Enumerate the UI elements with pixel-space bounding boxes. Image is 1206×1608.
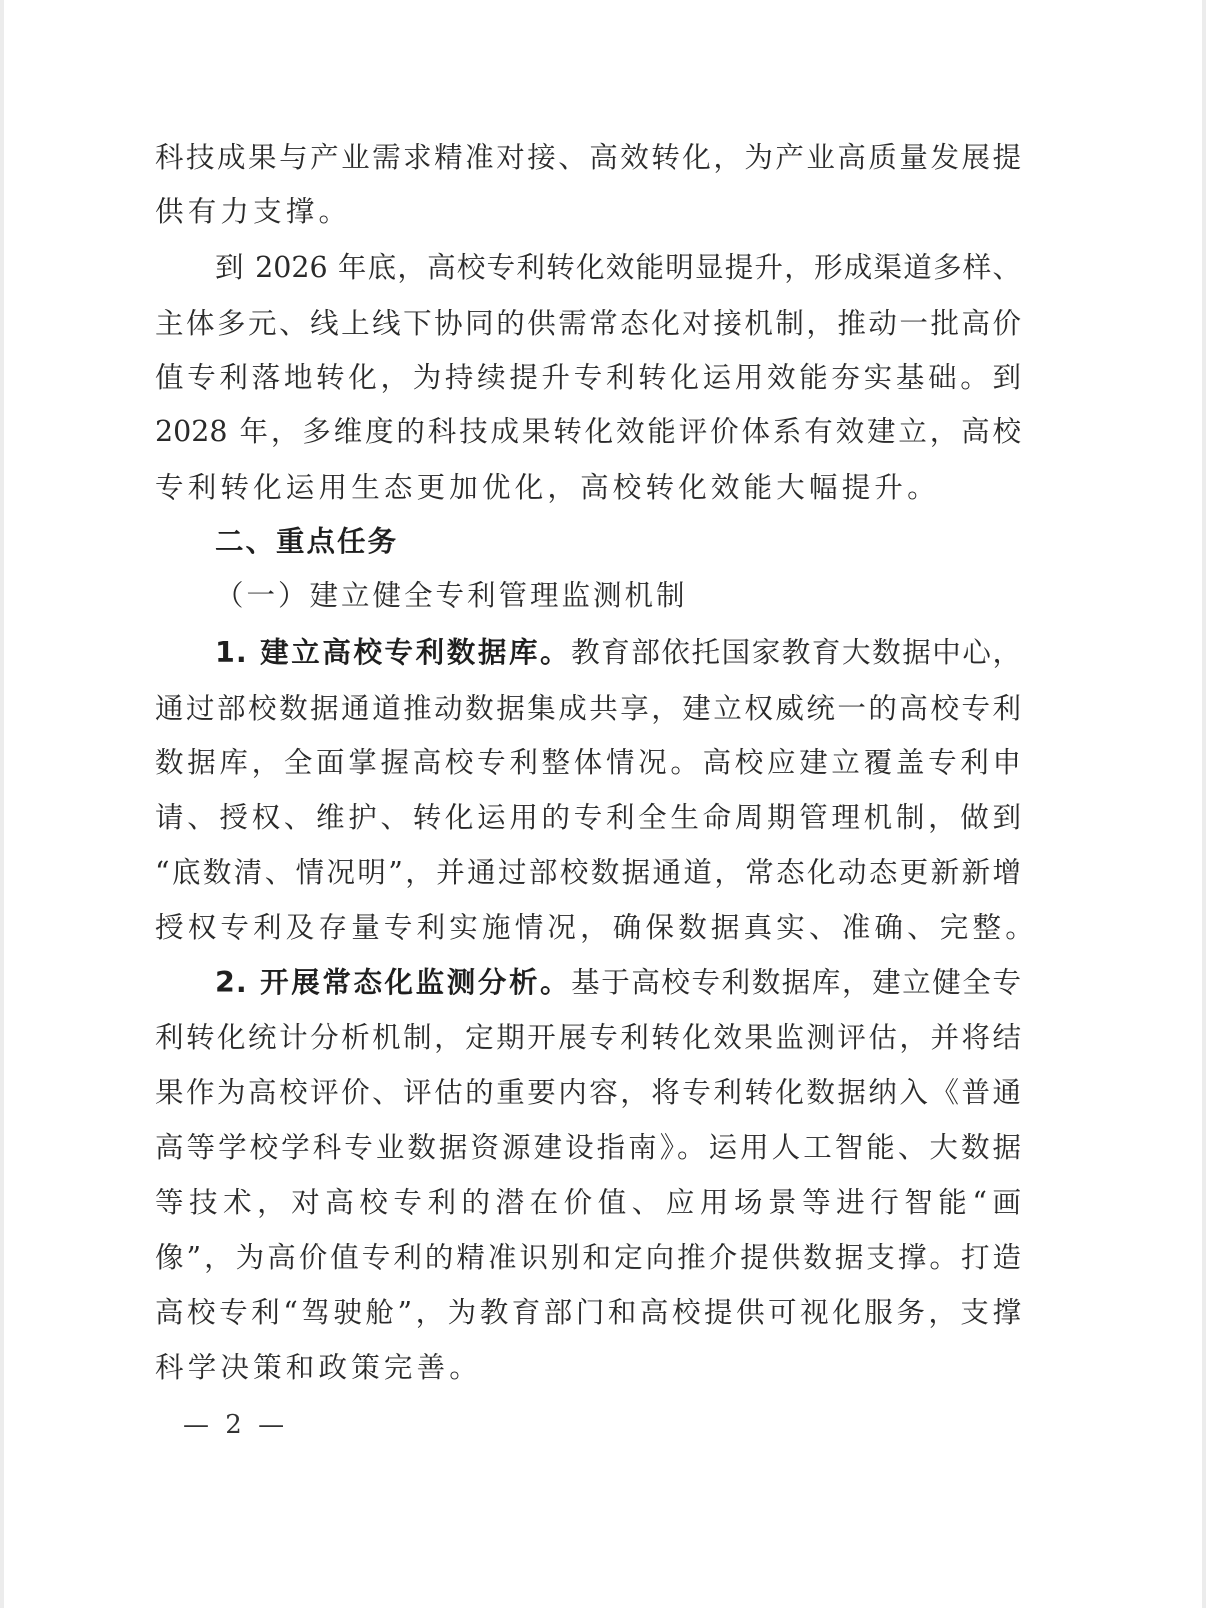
item-2-title: 2. 开展常态化监测分析。 (215, 966, 571, 999)
item-2-text: 基于高校专利数据库，建立健全专 (571, 966, 1021, 999)
paragraph-line: 2028 年，多维度的科技成果转化效能评价体系有效建立，高校 (155, 404, 1021, 460)
paragraph-line: 供有力支撑。 (155, 184, 351, 240)
paragraph-line: 高校专利“驾驶舱”，为教育部门和高校提供可视化服务，支撑 (155, 1285, 1021, 1341)
paragraph-line: 请、授权、维护、转化运用的专利全生命周期管理机制，做到 (155, 790, 1021, 846)
item-1-text: 教育部依托国家教育大数据中心， (571, 636, 1021, 669)
paragraph-line: 等技术，对高校专利的潜在价值、应用场景等进行智能“画 (155, 1175, 1021, 1231)
paragraph-line: 数据库，全面掌握高校专利整体情况。高校应建立覆盖专利申 (155, 735, 1021, 791)
scan-edge-left (0, 0, 4, 1608)
paragraph-line: 高等学校学科专业数据资源建设指南》。运用人工智能、大数据 (155, 1120, 1021, 1176)
paragraph-line: 值专利落地转化，为持续提升专利转化运用效能夯实基础。到 (155, 350, 1021, 406)
item-1-first-line: 1. 建立高校专利数据库。教育部依托国家教育大数据中心， (215, 625, 1021, 681)
subsection-heading: （一）建立健全专利管理监测机制 (215, 568, 688, 624)
paragraph-line: 主体多元、线上线下协同的供需常态化对接机制，推动一批高价 (155, 296, 1021, 352)
page-number: — 2 — (183, 1405, 288, 1445)
paragraph-line: “底数清、情况明”，并通过部校数据通道，常态化动态更新新增 (155, 845, 1021, 901)
paragraph-line: 科学决策和政策完善。 (155, 1340, 482, 1396)
scan-edge-right (1202, 0, 1206, 1608)
paragraph-line: 利转化统计分析机制，定期开展专利转化效果监测评估，并将结 (155, 1010, 1021, 1066)
paragraph-line: 专利转化运用生态更加优化，高校转化效能大幅提升。 (155, 460, 940, 516)
paragraph-line: 授权专利及存量专利实施情况，确保数据真实、准确、完整。 (155, 900, 1038, 956)
paragraph-line: 果作为高校评价、评估的重要内容，将专利转化数据纳入《普通 (155, 1065, 1021, 1121)
paragraph-line: 通过部校数据通道推动数据集成共享，建立权威统一的高校专利 (155, 681, 1021, 737)
item-1-title: 1. 建立高校专利数据库。 (215, 636, 571, 669)
paragraph-line: 科技成果与产业需求精准对接、高效转化，为产业高质量发展提 (155, 130, 1021, 186)
paragraph-line: 像”，为高价值专利的精准识别和定向推介提供数据支撑。打造 (155, 1230, 1021, 1286)
paragraph-line: 到 2026 年底，高校专利转化效能明显提升，形成渠道多样、 (215, 240, 1021, 296)
item-2-first-line: 2. 开展常态化监测分析。基于高校专利数据库，建立健全专 (215, 955, 1021, 1011)
section-heading: 二、重点任务 (215, 514, 398, 570)
